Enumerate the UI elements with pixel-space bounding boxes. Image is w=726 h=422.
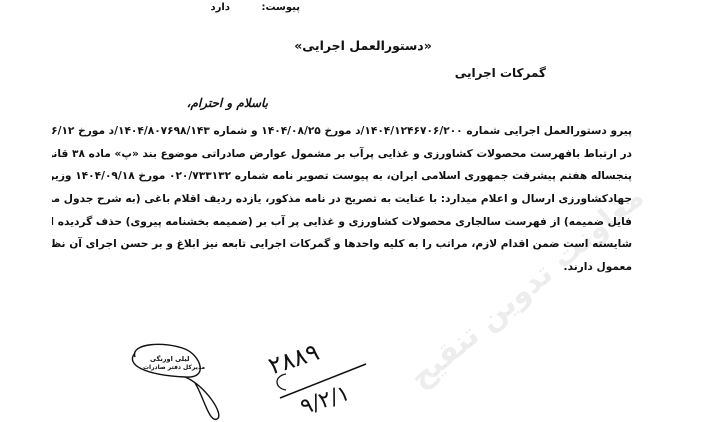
attachment-line: پیوست: دارد <box>100 2 300 13</box>
signatory-name: لیلی اورنگی <box>150 355 189 363</box>
signature-block: لیلی اورنگی مدیرکل دفتر صادرات <box>125 335 235 422</box>
body-line: پیرو دستورالعمل اجرایی شماره ۱۴۰۴/۱۲۴۶۷۰… <box>52 120 632 143</box>
body-line: فایل ضمیمه) از فهرست سالجاری محصولات کشا… <box>52 211 632 234</box>
greeting: باسلام و احترام، <box>187 96 268 110</box>
body-line: پنجساله هفتم پیشرفت جمهوری اسلامی ایران،… <box>52 165 632 188</box>
body-line: جهادکشاورزی ارسال و اعلام میدارد: با عنا… <box>52 188 632 211</box>
signatory-role: مدیرکل دفتر صادرات <box>143 364 205 371</box>
attachment-label: پیوست: <box>261 2 300 13</box>
document-page: پیوست: دارد «دستورالعمل اجرایی» گمرکات ا… <box>0 0 726 422</box>
attachment-value: دارد <box>211 2 230 13</box>
body-line: در ارتباط بافهرست محصولات کشاورزی و غذای… <box>52 143 632 166</box>
recipient: گمرکات اجرایی <box>455 66 546 80</box>
document-title: «دستورالعمل اجرایی» <box>0 38 726 53</box>
margin-mark-icon <box>272 372 292 402</box>
signature-scribble-icon <box>125 335 235 422</box>
